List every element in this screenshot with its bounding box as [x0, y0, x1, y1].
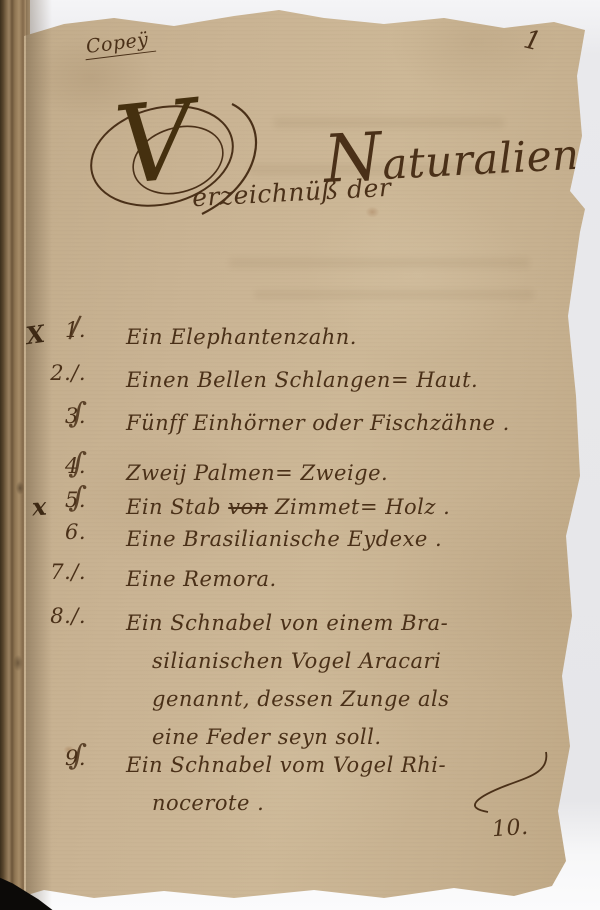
item-line: Einen Bellen Schlangen= Haut.	[126, 361, 478, 399]
item-line: genannt, dessen Zunge als	[126, 680, 450, 718]
item-number: 8./.	[24, 604, 90, 628]
item-text: Ein Schnabel von einem Bra-silianischen …	[90, 604, 450, 756]
item-text: Zweij Palmen= Zweige.	[90, 454, 388, 492]
item-number: 2./.	[24, 361, 90, 385]
item-text: Fünff Einhörner oder Fischzähne .	[90, 404, 510, 442]
manuscript-page: Copeÿ 1 V erzeichnüß der Naturalien. ∕1.…	[24, 6, 586, 902]
item-line: Eine Brasilianische Eydexe .	[126, 520, 442, 558]
item-number: 7./.	[24, 560, 90, 584]
list-item: 6.Eine Brasilianische Eydexe .	[24, 520, 586, 558]
item-line: Ein Schnabel von einem Bra-	[126, 604, 450, 642]
item-line: silianischen Vogel Aracari	[126, 642, 450, 680]
item-text: Eine Brasilianische Eydexe .	[90, 520, 442, 558]
list-item: ∫4.Zweij Palmen= Zweige.	[24, 454, 586, 492]
list-item: 7./.Eine Remora.	[24, 560, 586, 598]
list-item: 2./.Einen Bellen Schlangen= Haut.	[24, 361, 586, 399]
item-line: Ein Elephantenzahn.	[126, 318, 357, 356]
item-text: Einen Bellen Schlangen= Haut.	[90, 361, 478, 399]
list-item: ∫3.Fünff Einhörner oder Fischzähne .	[24, 404, 586, 442]
item-line: Zweij Palmen= Zweige.	[126, 454, 388, 492]
catchword-next-item: 10.	[491, 815, 529, 842]
margin-x-mark: X	[24, 319, 46, 350]
item-line: Eine Remora.	[126, 560, 277, 598]
struck-word: von	[228, 495, 268, 519]
item-number: 6.	[24, 520, 90, 544]
item-line: Fünff Einhörner oder Fischzähne .	[126, 404, 510, 442]
item-text: Eine Remora.	[90, 560, 277, 598]
margin-x-mark: x	[31, 492, 47, 522]
catchword-flourish	[454, 748, 554, 818]
list-item: 8./.Ein Schnabel von einem Bra-silianisc…	[24, 604, 586, 756]
item-line: Ein Schnabel vom Vogel Rhi-	[126, 746, 446, 784]
item-line: nocerote .	[126, 784, 446, 822]
item-text: Ein Schnabel vom Vogel Rhi-nocerote .	[90, 746, 446, 822]
list-item: ∕1.Ein Elephantenzahn.	[24, 318, 586, 356]
manuscript-scan: Copeÿ 1 V erzeichnüß der Naturalien. ∕1.…	[0, 0, 600, 910]
item-text: Ein Elephantenzahn.	[90, 318, 357, 356]
